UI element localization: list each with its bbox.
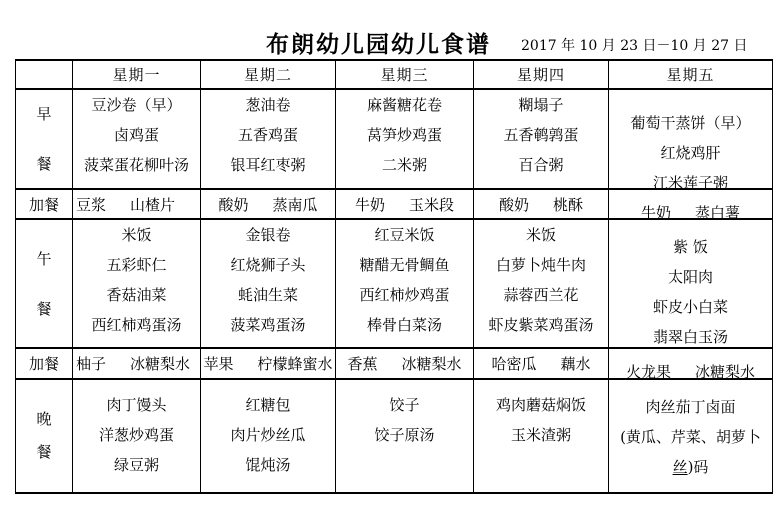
menu-table: 星期一 星期二 星期三 星期四 星期五 早餐 豆沙卷（早） 卤鸡蛋 菠菜蛋花柳叶… [15,59,773,494]
cell-dinner-wednesday: 饺子 饺子原汤 [336,380,474,494]
dish-line: 太阳肉 [668,262,713,292]
dish-line-underlined-part: 丝 [673,458,688,476]
cell-breakfast-monday: 豆沙卷（早） 卤鸡蛋 菠菜蛋花柳叶汤 [73,90,201,190]
dish-line: 肉丝茄丁卤面 [645,392,735,422]
dish-line: 五彩虾仁 [106,250,166,280]
dish-line: 红烧鸡肝 [660,138,720,168]
snack-item: 豆浆 [76,194,106,215]
dish-line: 红烧狮子头 [230,250,305,280]
day-header-friday: 星期五 [609,61,773,90]
dish-line: 香菇油菜 [106,280,166,310]
cell-snack-am-thursday: 酸奶 桃酥 [474,190,609,220]
cell-snack-am-monday: 豆浆 山楂片 [73,190,201,220]
day-header-monday: 星期一 [73,61,201,90]
dish-line: 豆沙卷（早） [91,90,181,120]
cell-breakfast-tuesday: 葱油卷 五香鸡蛋 银耳红枣粥 [201,90,336,190]
meal-label-text: 早餐 [34,89,54,189]
dish-line: 麻酱糖花卷 [367,90,442,120]
dish-line: 莴笋炒鸡蛋 [367,120,442,150]
dish-line-rest: )码 [688,458,709,476]
dish-line: 虾皮紫菜鸡蛋汤 [488,310,593,340]
snack-item: 香蕉 [347,353,377,374]
dish-line: 菠菜蛋花柳叶汤 [84,150,189,180]
cell-dinner-tuesday: 红糖包 肉片炒丝瓜 馄炖汤 [201,380,336,494]
dish-line: 蒜蓉西兰花 [503,280,578,310]
cell-lunch-tuesday: 金银卷 红烧狮子头 蚝油生菜 菠菜鸡蛋汤 [201,220,336,349]
snack-item: 酸奶 [218,194,248,215]
dish-line: 洋葱炒鸡蛋 [99,420,174,450]
dish-line: 西红柿鸡蛋汤 [91,310,181,340]
cell-snack-pm-tuesday: 苹果 柠檬蜂蜜水 [201,349,336,380]
dish-line: 肉丁馒头 [106,390,166,420]
dish-line: 绿豆粥 [114,450,159,480]
snack-item: 玉米段 [409,194,454,215]
dish-line: 棒骨白菜汤 [367,310,442,340]
dish-line: 米饭 [121,220,151,250]
dish-line: 红豆米饭 [374,220,434,250]
date-range: 2017 年 10 月 23 日－10 月 27 日 [521,35,748,55]
meal-label-snack-am: 加餐 [16,190,73,220]
day-header-wednesday: 星期三 [336,61,474,90]
cell-lunch-monday: 米饭 五彩虾仁 香菇油菜 西红柿鸡蛋汤 [73,220,201,349]
cell-snack-am-friday: 牛奶 蒸白薯 [609,190,773,220]
dish-line: 肉片炒丝瓜 [230,420,305,450]
cell-lunch-thursday: 米饭 白萝卜炖牛肉 蒜蓉西兰花 虾皮紫菜鸡蛋汤 [474,220,609,349]
dish-line: 菠菜鸡蛋汤 [230,310,305,340]
dish-line: 银耳红枣粥 [230,150,305,180]
cell-dinner-thursday: 鸡肉蘑菇焖饭 玉米渣粥 [474,380,609,494]
cell-breakfast-friday: 葡萄干蒸饼（早） 红烧鸡肝 江米莲子粥 [609,90,773,190]
corner-cell [16,61,73,90]
snack-item: 柠檬蜂蜜水 [258,353,333,374]
snack-item: 酸奶 [499,194,529,215]
cell-snack-am-tuesday: 酸奶 蒸南瓜 [201,190,336,220]
dish-line: 虾皮小白菜 [653,292,728,322]
dish-line: 紫 饭 [673,232,708,262]
dish-line: 白萝卜炖牛肉 [496,250,586,280]
dish-line: 丝)码 [673,452,709,482]
meal-label-text: 晚餐 [34,403,54,469]
dish-line: 玉米渣粥 [511,420,571,450]
dish-line: 金银卷 [245,220,290,250]
cell-breakfast-thursday: 糊塌子 五香鹌鹑蛋 百合粥 [474,90,609,190]
dish-line: 五香鸡蛋 [238,120,298,150]
snack-item: 牛奶 [355,194,385,215]
cell-dinner-monday: 肉丁馒头 洋葱炒鸡蛋 绿豆粥 [73,380,201,494]
page: 布朗幼儿园幼儿食谱 2017 年 10 月 23 日－10 月 27 日 星期一… [0,0,776,506]
meal-label-snack-pm: 加餐 [16,349,73,380]
snack-item: 火龙果 [626,361,671,382]
dish-line: 五香鹌鹑蛋 [503,120,578,150]
dish-line: 红糖包 [245,390,290,420]
dish-line: 二米粥 [382,150,427,180]
cell-snack-am-wednesday: 牛奶 玉米段 [336,190,474,220]
dish-line: 糊塌子 [518,90,563,120]
snack-item: 冰糖梨水 [130,353,190,374]
meal-label-text: 加餐 [29,353,59,374]
day-header-tuesday: 星期二 [201,61,336,90]
dish-line: 蚝油生菜 [238,280,298,310]
dish-line: 饺子原汤 [374,420,434,450]
dish-line: (黄瓜、芹菜、胡萝卜 [620,422,761,452]
meal-label-text: 午餐 [34,234,54,334]
snack-item: 山楂片 [130,194,175,215]
meal-label-text: 加餐 [29,194,59,215]
dish-line: 翡翠白玉汤 [653,322,728,352]
dish-line: 西红柿炒鸡蛋 [359,280,449,310]
cell-snack-pm-thursday: 哈密瓜 藕水 [474,349,609,380]
dish-line: 卤鸡蛋 [114,120,159,150]
meal-label-dinner: 晚餐 [16,380,73,494]
snack-item: 冰糖梨水 [402,353,462,374]
cell-snack-pm-monday: 柚子 冰糖梨水 [73,349,201,380]
snack-item: 桃酥 [553,194,583,215]
dish-line: 葡萄干蒸饼（早） [630,108,750,138]
dish-line: 米饭 [526,220,556,250]
meal-label-lunch: 午餐 [16,220,73,349]
cell-breakfast-wednesday: 麻酱糖花卷 莴笋炒鸡蛋 二米粥 [336,90,474,190]
snack-item: 苹果 [203,353,233,374]
cell-snack-pm-friday: 火龙果 冰糖梨水 [609,349,773,380]
day-header-thursday: 星期四 [474,61,609,90]
page-title: 布朗幼儿园幼儿食谱 [266,26,491,59]
snack-item: 蒸南瓜 [273,194,318,215]
dish-line: 馄炖汤 [245,450,290,480]
dish-line: 百合粥 [518,150,563,180]
dish-line: 饺子 [389,390,419,420]
meal-label-breakfast: 早餐 [16,90,73,190]
snack-item: 柚子 [76,353,106,374]
dish-line: 葱油卷 [245,90,290,120]
cell-snack-pm-wednesday: 香蕉 冰糖梨水 [336,349,474,380]
cell-lunch-wednesday: 红豆米饭 糖醋无骨鲷鱼 西红柿炒鸡蛋 棒骨白菜汤 [336,220,474,349]
cell-lunch-friday: 紫 饭 太阳肉 虾皮小白菜 翡翠白玉汤 [609,220,773,349]
dish-line: 糖醋无骨鲷鱼 [359,250,449,280]
dish-line: 鸡肉蘑菇焖饭 [496,390,586,420]
snack-item: 藕水 [561,353,591,374]
snack-item: 哈密瓜 [491,353,536,374]
snack-item: 冰糖梨水 [695,361,755,382]
cell-dinner-friday: 肉丝茄丁卤面 (黄瓜、芹菜、胡萝卜 丝)码 [609,380,773,494]
